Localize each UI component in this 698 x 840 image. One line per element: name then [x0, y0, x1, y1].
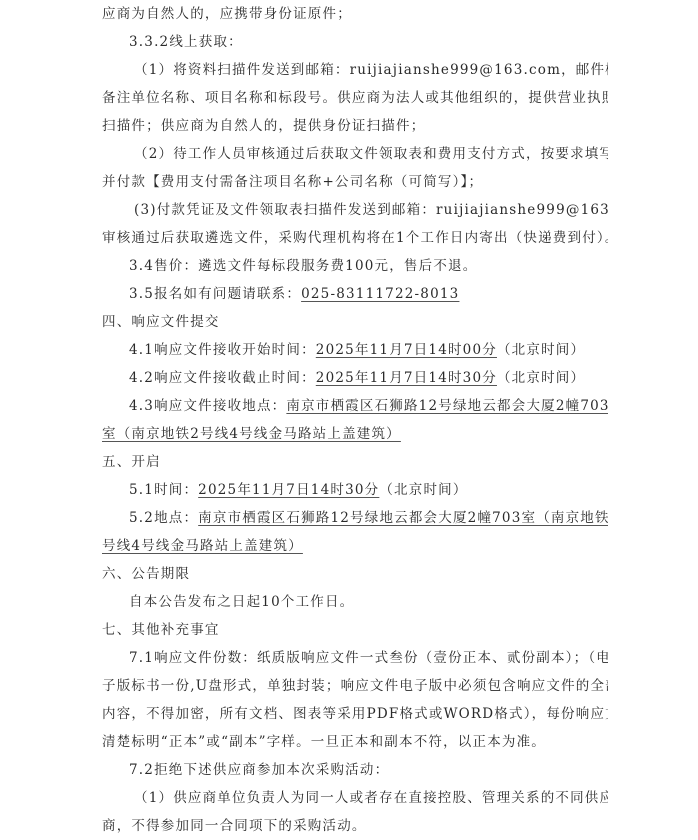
submission-address: 南京市栖霞区石狮路12号绿地云都会大厦2幢703 — [286, 398, 608, 414]
line-suffix: （北京时间） — [497, 342, 585, 358]
paragraph-line: （1）将资料扫描件发送到邮箱：ruijiajianshe999@163.com，… — [102, 56, 608, 84]
paragraph-line: 3.5报名如有问题请联系：025-83111722-8013 — [102, 280, 608, 308]
document-page: 应商为自然人的，应携带身份证原件； 3.3.2线上获取： （1）将资料扫描件发送… — [102, 0, 608, 840]
paragraph-line: 4.2响应文件接收截止时间：2025年11月7日14时30分（北京时间） — [102, 364, 608, 392]
opening-address: 南京市栖霞区石狮路12号绿地云都会大厦2幢703室（南京地铁2 — [198, 510, 608, 526]
section-heading: 七、其他补充事宜 — [102, 616, 608, 644]
contact-phone: 025-83111722-8013 — [301, 286, 459, 302]
paragraph-line: 5.2地点：南京市栖霞区石狮路12号绿地云都会大厦2幢703室（南京地铁2 — [102, 504, 608, 532]
deadline-time: 2025年11月7日14时30分 — [316, 370, 497, 386]
paragraph-line: 7.2拒绝下述供应商参加本次采购活动： — [102, 756, 608, 784]
start-time: 2025年11月7日14时00分 — [316, 342, 497, 358]
line-label: 4.2响应文件接收截止时间： — [129, 370, 316, 386]
paragraph-line: 审核通过后获取遴选文件，采购代理机构将在1个工作日内寄出（快递费到付）。 — [102, 224, 608, 252]
subsection-heading: 3.3.2线上获取： — [102, 28, 608, 56]
paragraph-line: 5.1时间：2025年11月7日14时30分（北京时间） — [102, 476, 608, 504]
paragraph-line: 商，不得参加同一合同项下的采购活动。 — [102, 812, 608, 840]
paragraph-line: 备注单位名称、项目名称和标段号。供应商为法人或其他组织的，提供营业执照 — [102, 84, 608, 112]
line-label: 4.1响应文件接收开始时间： — [129, 342, 316, 358]
paragraph-line: 子版标书一份,U盘形式，单独封装；响应文件电子版中必须包含响应文件的全部 — [102, 672, 608, 700]
paragraph-line: 扫描件；供应商为自然人的，提供身份证扫描件； — [102, 112, 608, 140]
paragraph-line: 内容，不得加密，所有文档、图表等采用PDF格式或WORD格式），每份响应文件须 — [102, 700, 608, 728]
line-label: 5.2地点： — [129, 510, 198, 526]
paragraph-line: 自本公告发布之日起10个工作日。 — [102, 588, 608, 616]
paragraph-line: 并付款【费用支付需备注项目名称+公司名称（可简写）】； — [102, 168, 608, 196]
paragraph-line: 3.4售价：遴选文件每标段服务费100元，售后不退。 — [102, 252, 608, 280]
line-suffix: （北京时间） — [497, 370, 585, 386]
line-label: 3.5报名如有问题请联系： — [129, 286, 301, 302]
paragraph-line: 4.1响应文件接收开始时间：2025年11月7日14时00分（北京时间） — [102, 336, 608, 364]
line-label: 5.1时间： — [129, 482, 198, 498]
line-suffix: （北京时间） — [379, 482, 467, 498]
paragraph-line: 清楚标明“正本”或“副本”字样。一旦正本和副本不符，以正本为准。 — [102, 728, 608, 756]
paragraph-line: 号线4号线金马路站上盖建筑） — [102, 532, 608, 560]
paragraph-line: 室（南京地铁2号线4号线金马路站上盖建筑） — [102, 420, 608, 448]
section-heading: 六、公告期限 — [102, 560, 608, 588]
paragraph-line: （1）供应商单位负责人为同一人或者存在直接控股、管理关系的不同供应 — [102, 784, 608, 812]
section-heading: 五、开启 — [102, 448, 608, 476]
paragraph-line: 应商为自然人的，应携带身份证原件； — [102, 0, 608, 28]
submission-address-cont: 室（南京地铁2号线4号线金马路站上盖建筑） — [102, 426, 401, 442]
paragraph-line: （2）待工作人员审核通过后获取文件领取表和费用支付方式，按要求填写 — [102, 140, 608, 168]
opening-address-cont: 号线4号线金马路站上盖建筑） — [102, 538, 303, 554]
opening-time: 2025年11月7日14时30分 — [198, 482, 379, 498]
paragraph-line: 4.3响应文件接收地点：南京市栖霞区石狮路12号绿地云都会大厦2幢703 — [102, 392, 608, 420]
paragraph-line: (3)付款凭证及文件领取表扫描件发送到邮箱：ruijiajianshe999@1… — [102, 196, 608, 224]
paragraph-line: 7.1响应文件份数：纸质版响应文件一式叁份（壹份正本、贰份副本）；（电 — [102, 644, 608, 672]
line-label: 4.3响应文件接收地点： — [129, 398, 286, 414]
section-heading: 四、响应文件提交 — [102, 308, 608, 336]
